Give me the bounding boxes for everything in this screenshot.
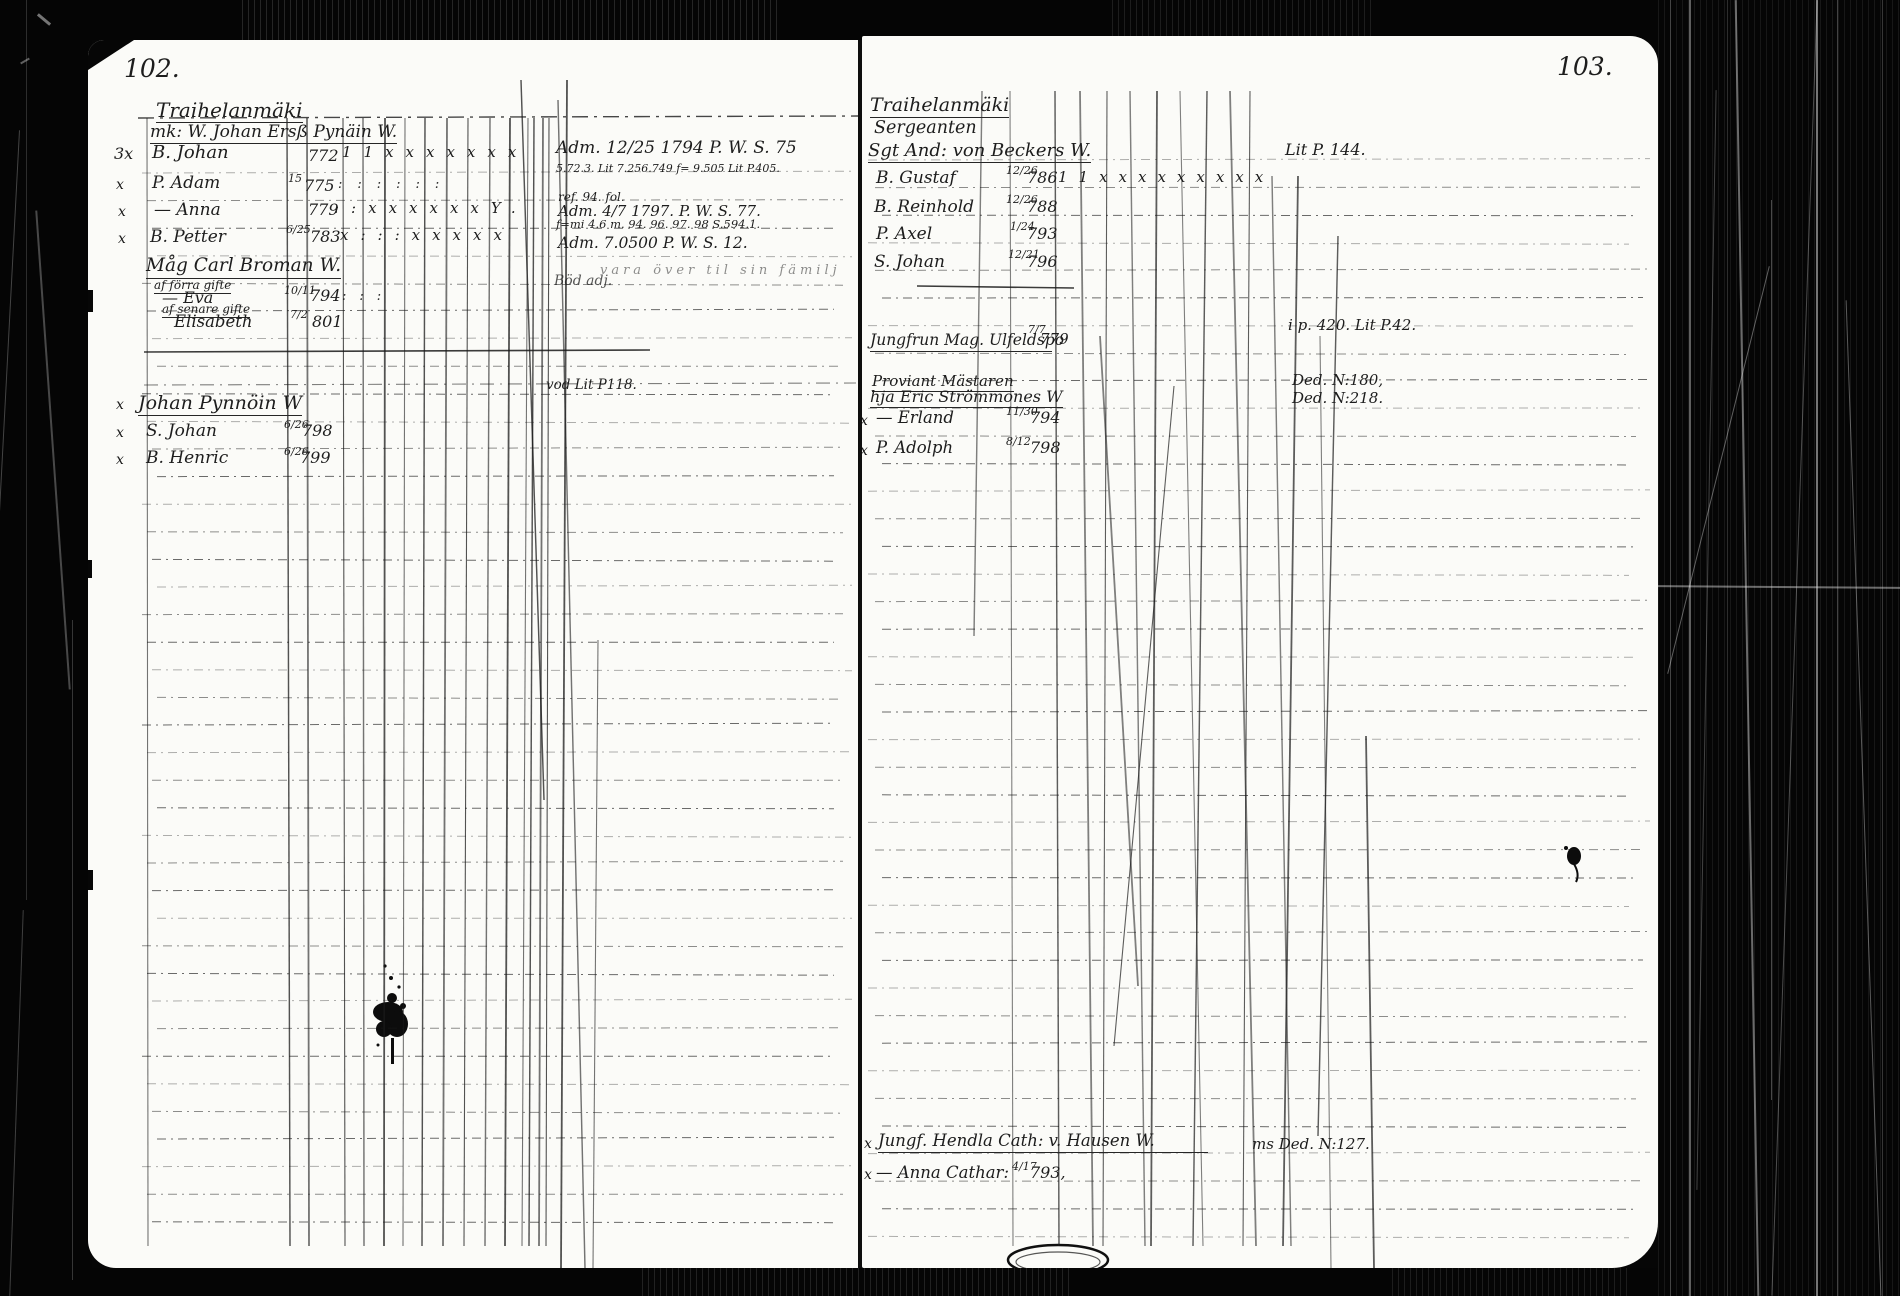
entry-name: P. Axel	[876, 226, 932, 243]
entry-year: 775	[304, 178, 335, 194]
tally-marks: 11xxxxxxxxx	[1058, 170, 1274, 185]
entry-date: 6/25	[286, 224, 311, 235]
entry-date: 8/12	[1006, 436, 1031, 447]
margin-mark: x	[116, 426, 124, 440]
scratch-streak	[1670, 0, 1671, 1296]
farm-title: Traihelanmäki	[156, 100, 303, 123]
entry-name: — Anna Cathar:	[876, 1165, 1009, 1182]
annotation: Lit P. 144.	[1285, 142, 1366, 158]
entry-year: 801	[312, 314, 343, 330]
annotation: Ded. N:218.	[1292, 391, 1383, 406]
scratch-streak	[1882, 0, 1883, 1296]
scratch-streak	[1689, 0, 1691, 1296]
scratch-streak	[26, 0, 27, 900]
annotation: Böd adj.	[554, 274, 612, 288]
black-margin-right	[1658, 0, 1900, 1296]
annotation: f=mi 4.6 m. 94. 96. 97. 98 S.594.1.	[556, 219, 760, 231]
scratch-streak	[35, 211, 70, 690]
entry-year: 798	[1030, 440, 1061, 456]
margin-mark: x	[116, 453, 124, 467]
entry-year: 793	[1027, 226, 1058, 242]
scratch-streak	[1727, 0, 1728, 1296]
tally-marks: x:::xxxxx	[340, 228, 514, 243]
entry-year: 794	[310, 288, 341, 304]
scanned-register-spread: 102. Traihelanmäki mk: W. Johan Ersß Pyn…	[0, 0, 1900, 1296]
entry-year: 793,	[1030, 1165, 1066, 1181]
entry-name: S. Johan	[874, 254, 945, 271]
margin-mark: 3x	[114, 146, 133, 162]
scratch-streak	[1837, 0, 1838, 1296]
head-of-household: Sgt And: von Beckers W.	[868, 142, 1091, 163]
annotation: vara över til sin fämilj	[600, 264, 841, 277]
scratch-streak	[0, 130, 20, 549]
scratch-streak	[1816, 0, 1818, 1296]
ink-blot	[373, 964, 408, 1064]
entry-name: P. Adolph	[876, 440, 953, 457]
black-margin-left	[0, 0, 92, 1296]
entry-year: 799	[300, 450, 331, 466]
tally-marks: :::	[342, 290, 394, 303]
page-number: 102.	[124, 56, 180, 81]
margin-mark: x	[864, 1137, 872, 1151]
entry-name: B. Petter	[150, 229, 226, 246]
page-curl-mark	[1008, 1245, 1108, 1268]
black-margin-bottom	[92, 1268, 1658, 1296]
margin-mark: x	[118, 205, 126, 219]
entry-name: S. Johan	[146, 423, 217, 440]
entry-name: Jungf. Hendla Cath: v. Hausen W.	[878, 1133, 1208, 1153]
page-number: 103.	[1557, 54, 1613, 79]
occupation-title: Sergeanten	[874, 120, 977, 138]
entry-name: — Anna	[154, 202, 221, 219]
register-page-right: 103. Traihelanmäki Sergeanten Sgt And: v…	[862, 36, 1658, 1268]
annotation: i p. 420. Lit P.42.	[1288, 318, 1416, 333]
farm-title: Traihelanmäki	[870, 96, 1009, 118]
margin-mark: x	[118, 232, 126, 246]
margin-mark: x	[116, 398, 124, 412]
tally-marks: ::::::	[338, 178, 454, 191]
annotation: Adm. 12/25 1794 P. W. S. 75	[556, 140, 797, 157]
scan-striation	[242, 0, 782, 40]
margin-mark: x	[116, 178, 124, 192]
entry-name: B. Johan	[152, 144, 229, 162]
margin-mark: x	[862, 444, 868, 458]
entry-year: 772	[308, 148, 339, 164]
entry-date: 15	[288, 173, 302, 184]
family-heading: Måg Carl Broman W.	[146, 257, 341, 279]
entry-name: B. Henric	[146, 450, 228, 467]
entry-name: P. Adam	[152, 175, 220, 192]
entry-year: 783	[310, 229, 341, 245]
annotation: 5.72.3. Lit 7.256.749 f= 9.505 Lit P.405…	[556, 163, 780, 174]
scratch-streak	[20, 58, 30, 65]
entry-year: 794	[1030, 410, 1061, 426]
entry-date: 7/2	[290, 309, 308, 320]
scratch-streak	[37, 13, 51, 26]
annotation: Adm. 7.0500 P. W. S. 12.	[558, 236, 748, 252]
scan-striation	[1392, 1268, 1632, 1296]
scratch-streak	[72, 620, 73, 1280]
entry-name: — Erland	[876, 410, 954, 427]
black-margin-top	[92, 0, 1658, 40]
head-of-household: mk: W. Johan Ersß Pynäin W.	[150, 124, 397, 144]
entry-name: B. Gustaf	[876, 170, 956, 187]
entry-year: 788	[1027, 199, 1058, 215]
reference-note: vod Lit P118.	[546, 379, 637, 393]
entry-year: 798	[302, 423, 333, 439]
scan-striation	[1112, 0, 1372, 40]
entry-year: 786	[1027, 170, 1058, 186]
ruled-lines-right	[862, 36, 1658, 1268]
scratch-streak	[9, 910, 23, 1296]
entry-year: 779	[1040, 332, 1069, 347]
family-heading: Johan Pynnöin W	[138, 394, 302, 416]
entry-name: B. Reinhold	[874, 199, 974, 216]
entry-name: Elisabeth	[174, 314, 253, 331]
entry-year: 796	[1027, 254, 1058, 270]
annotation: ms Ded. N:127.	[1252, 1137, 1370, 1152]
tally-marks: ::xxxxxxY.	[334, 201, 528, 216]
scan-striation	[642, 1268, 1072, 1296]
margin-mark: x	[862, 414, 868, 428]
annotation: Ded. N:180,	[1292, 373, 1383, 388]
entry-name: Jungfrun Mag. Ulfeldspo	[870, 333, 1052, 352]
register-page-left: 102. Traihelanmäki mk: W. Johan Ersß Pyn…	[88, 40, 860, 1268]
scratch-streak	[1771, 200, 1772, 1100]
tally-marks: 11xxxxxxx	[342, 145, 528, 160]
margin-mark: x	[864, 1168, 872, 1182]
ink-speck	[1564, 846, 1581, 882]
